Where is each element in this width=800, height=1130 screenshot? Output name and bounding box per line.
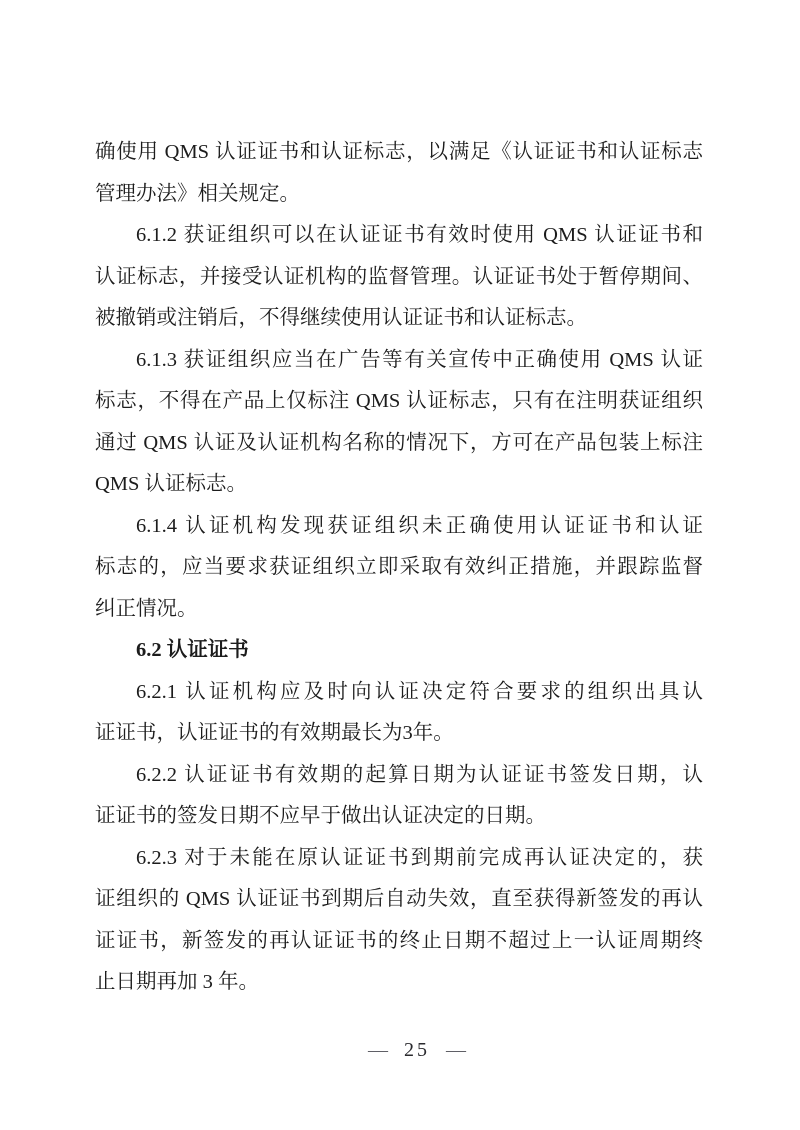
page-number: — 25 — (357, 1036, 477, 1064)
text-line: 证组织的 QMS 认证证书到期后自动失效，直至获得新签发的再认 (95, 879, 703, 921)
text-line: 证证书，认证证书的有效期最长为3年。 (95, 713, 703, 755)
text-line: 6.1.2 获证组织可以在认证证书有效时使用 QMS 认证证书和 (95, 215, 703, 257)
page-number-value: 25 (404, 1039, 430, 1061)
text-line: 认证标志，并接受认证机构的监督管理。认证证书处于暂停期间、 (95, 257, 703, 299)
text-line: 纠正情况。 (95, 589, 703, 631)
text-line: 标志的，应当要求获证组织立即采取有效纠正措施，并跟踪监督 (95, 547, 703, 589)
text-line: 通过 QMS 认证及认证机构名称的情况下，方可在产品包装上标注 (95, 423, 703, 465)
text-line: 止日期再加 3 年。 (95, 962, 703, 1004)
text-line: 证证书，新签发的再认证证书的终止日期不超过上一认证周期终 (95, 921, 703, 963)
text-line: 证证书的签发日期不应早于做出认证决定的日期。 (95, 796, 703, 838)
text-line: 管理办法》相关规定。 (95, 174, 703, 216)
text-line: 6.2.2 认证证书有效期的起算日期为认证证书签发日期，认 (95, 755, 703, 797)
text-line: 被撤销或注销后，不得继续使用认证证书和认证标志。 (95, 298, 703, 340)
page-footer: — 25 — (0, 1036, 800, 1064)
text-line: 6.1.4 认证机构发现获证组织未正确使用认证证书和认证 (95, 506, 703, 548)
text-line: 6.1.3 获证组织应当在广告等有关宣传中正确使用 QMS 认证 (95, 340, 703, 382)
text-line: QMS 认证标志。 (95, 464, 703, 506)
document-page: 确使用 QMS 认证证书和认证标志，以满足《认证证书和认证标志管理办法》相关规定… (0, 0, 800, 1130)
text-line: 标志，不得在产品上仅标注 QMS 认证标志，只有在注明获证组织 (95, 381, 703, 423)
footer-dash-right: — (446, 1039, 466, 1061)
text-line: 6.2.1 认证机构应及时向认证决定符合要求的组织出具认 (95, 672, 703, 714)
text-line: 确使用 QMS 认证证书和认证标志，以满足《认证证书和认证标志 (95, 132, 703, 174)
footer-dash-left: — (368, 1039, 388, 1061)
section-heading: 6.2 认证证书 (95, 630, 703, 672)
text-line: 6.2.3 对于未能在原认证证书到期前完成再认证决定的，获 (95, 838, 703, 880)
document-body: 确使用 QMS 认证证书和认证标志，以满足《认证证书和认证标志管理办法》相关规定… (95, 132, 703, 1004)
